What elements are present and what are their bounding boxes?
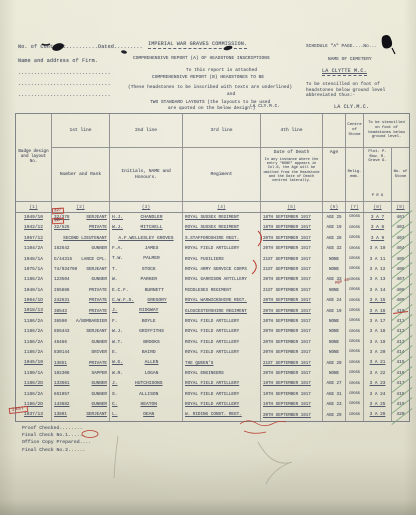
header-plot-label: Plot. P. Row. R. Grave G.: [364, 150, 391, 164]
soldier-name: E.BAIRD: [110, 348, 183, 358]
number-rank: 36590A/BOMBARDIER: [52, 317, 110, 327]
plot-row-grave: 3 A 12: [364, 265, 392, 275]
cell-text: 405: [397, 258, 405, 262]
cell-text: SERJEANT: [86, 413, 107, 417]
religious-emblem: CROSS: [346, 379, 364, 389]
underline-note: (These headstones to be inscribed with t…: [128, 85, 292, 90]
cell-text: 406: [397, 268, 405, 272]
date-of-death: 21ST SEPTEMBER 1917: [261, 286, 323, 296]
soldier-name: T.W.PALMER: [110, 255, 183, 265]
stone-no: 402: [392, 223, 409, 233]
age: AGE 19: [323, 307, 346, 317]
date-of-death: 19TH SEPTEMBER 1917: [261, 400, 323, 410]
date-of-death: 20TH SEPTEMBER 1917: [261, 317, 323, 327]
stone-no: 411: [392, 317, 409, 327]
cell-text: BAIRD: [118, 351, 180, 356]
header-date-of-death: Date of Death In any instance where the …: [261, 148, 323, 202]
cell-text: GRIFFITHS: [123, 330, 180, 335]
cell-text: DRIVER: [92, 351, 107, 355]
table-rows: 1049/1032/378SERJEANT32/H.J.CHANDLERROYA…: [16, 213, 409, 421]
cell-text: 417: [397, 382, 405, 386]
cell-text: MITCHELL: [123, 226, 180, 231]
number-rank: 242631PRIVATE: [52, 296, 110, 306]
religious-emblem: CROSS: [346, 400, 364, 410]
table-row: 1186/2A123504GUNNERW.PARKERROYAL GARRISO…: [16, 275, 409, 285]
col-number: (1): [16, 202, 52, 212]
age: NONE: [323, 348, 346, 358]
number-rank: T4/034790SERJEANT: [52, 265, 110, 275]
date-of-death: 20TH SEPTEMBER 1917: [261, 410, 323, 420]
soldier-name: T.STOCK: [110, 265, 183, 275]
soldier-name: W.PARKER: [110, 275, 183, 285]
pencil-line: [114, 436, 118, 478]
cell-text: HEATON: [118, 403, 180, 408]
col-number: (8): [364, 202, 392, 212]
cell-text: 415: [397, 361, 405, 365]
stone-no: 416: [392, 369, 409, 379]
table-row: 1040/1A265886PRIVATEE.C.F.BURNETTMIDDLES…: [16, 286, 409, 296]
cell-text: 830144: [54, 351, 69, 355]
red-correction: 32/: [52, 208, 64, 215]
table-row: 1186/2D133661GUNNERJ.HUTCHISONSROYAL FIE…: [16, 379, 409, 389]
table-row: 1104/2A162642GUNNERF.A.JAMESROYAL FIELD …: [16, 244, 409, 254]
plot-row-grave: 3 A 24: [364, 390, 392, 400]
firm-label: Name and address of Firm.: [18, 58, 98, 64]
cell-text: CHANDLER: [123, 216, 180, 221]
header-line3: 3rd line: [183, 114, 261, 148]
cell-text: BOYLE: [118, 320, 180, 325]
regiment: ROYAL FIELD ARTILLERY: [183, 390, 261, 400]
cell-text: C.W.F.S.: [112, 299, 134, 304]
cell-text: 123504: [54, 278, 69, 282]
cell-text: 46466: [54, 341, 67, 345]
cell-text: W.G.: [112, 361, 123, 366]
cell-text: 419: [397, 403, 405, 407]
plot-row-grave: 3 A 7: [364, 213, 392, 223]
cell-text: ALLISON: [118, 393, 180, 398]
header-initials: Initials, NAME and Honours.: [110, 148, 183, 202]
table-row: 1186/2A651057GUNNERS.ALLISONROYAL FIELD …: [16, 390, 409, 400]
document-page: No. of Contract..........Dated......... …: [0, 0, 416, 515]
table-row: 1186/2A36590A/BOMBARDIERF.BOYLEROYAL FIE…: [16, 317, 409, 327]
soldier-name: C.HEATON: [110, 400, 183, 410]
age: AGE 28: [323, 234, 346, 244]
table-row: 1186/2D143882GUNNERC.HEATONROYAL FIELD A…: [16, 400, 409, 410]
table-row: 1186/2A46466GUNNERW.T.BROOKSROYAL FIELD …: [16, 338, 409, 348]
religious-emblem: CROSS: [346, 338, 364, 348]
soldier-name: F.BOYLE: [110, 317, 183, 327]
badge-no: 1186/2A: [16, 338, 52, 348]
badge-no: 1104/2A: [16, 244, 52, 254]
regiment: S.STAFFORDSHIRE REGT.: [183, 234, 261, 244]
cell-text: A.F.WELLESLEY GROVES: [112, 237, 180, 242]
footer-line: Final Check No.1......: [22, 432, 91, 439]
firm-dots-2: .............................: [18, 81, 111, 87]
plot-row-grave: 3 A 11: [364, 255, 392, 265]
plot-row-grave: 3 A 14: [364, 286, 392, 296]
header-prg-label: P R G: [372, 194, 383, 199]
religious-emblem: CROSS: [346, 213, 364, 223]
cell-text: SECOND LIEUTENANT: [63, 237, 107, 241]
cell-text: 401: [397, 216, 405, 220]
cell-text: 133661: [54, 382, 69, 386]
cell-text: 13801: [54, 413, 67, 417]
cell-text: GUNNER: [92, 341, 107, 345]
badge-no: 1186/2A: [16, 317, 52, 327]
cell-text: 408: [397, 289, 405, 293]
number-rank: 830144DRIVER: [52, 348, 110, 358]
age: AGE 20: [323, 358, 346, 368]
badge-no: 1190/1A: [16, 369, 52, 379]
header-stone-no: No. of Stone: [392, 148, 409, 202]
soldier-name: C.W.F.S.GREGORY: [110, 296, 183, 306]
soldier-name: E.C.F.BURNETT: [110, 286, 183, 296]
col-number: (4): [183, 202, 261, 212]
cell-text: LOGAN: [123, 372, 180, 377]
religious-emblem: CROSS: [346, 358, 364, 368]
cell-text: SERJEANT: [86, 330, 107, 334]
cell-text: W.J.: [112, 226, 123, 231]
stone-no: 401: [392, 213, 409, 223]
badge-no: 1018/13: [16, 307, 52, 317]
number-rank: 38543PRIVATE: [52, 307, 110, 317]
header-age: Age: [323, 148, 346, 202]
cell-text: RIDGWAY: [118, 309, 180, 314]
attached-line: To this report is attached: [186, 68, 257, 73]
age: AGE 25: [323, 213, 346, 223]
badge-no: 1186/2A: [16, 390, 52, 400]
cell-text: GUNNER: [92, 403, 107, 407]
footer-line: Proof Checked........: [22, 425, 91, 432]
plot-row-grave: 3 A 9: [364, 234, 392, 244]
table-row: 1045/1013851PRIVATEW.G.ALLENTHE QUEEN'S2…: [16, 358, 409, 368]
stone-no: 409: [392, 296, 409, 306]
number-rank: 162642GUNNER: [52, 244, 110, 254]
cell-text: GREGORY: [134, 299, 180, 304]
date-of-death: 21ST SEPTEMBER 1917: [261, 358, 323, 368]
date-of-death: 20TH SEPTEMBER 1917: [261, 327, 323, 337]
age: NONE: [323, 265, 346, 275]
footer-check-lines: Proof Checked........Final Check No.1...…: [22, 425, 91, 454]
date-of-death: 21ST SEPTEMBER 1917: [261, 265, 323, 275]
table-row: 1186/2A855443SERJEANTW.J.GRIFFITHSROYAL …: [16, 327, 409, 337]
regiment: ROYAL WARWICKSHIRE REGT.: [183, 296, 261, 306]
cell-text: 403: [397, 237, 405, 241]
number-rank: 651057GUNNER: [52, 390, 110, 400]
regiment: ROYAL ARMY SERVICE CORPS: [183, 265, 261, 275]
header-empty: [323, 114, 346, 148]
cell-text: W.T.: [112, 341, 123, 346]
age: AGE 29: [323, 410, 346, 420]
cell-text: PARKER: [118, 278, 180, 283]
date-of-death: 20TH SEPTEMBER 1917: [261, 275, 323, 285]
regiment: GLOUCESTERSHIRE REGIMENT: [183, 307, 261, 317]
cemetery-abbr: LA CLY.M.C.: [334, 104, 369, 110]
soldier-name: S.ALLISON: [110, 390, 183, 400]
col-number: (6): [323, 202, 346, 212]
number-rank: 133661GUNNER: [52, 379, 110, 389]
col-number: (3): [110, 202, 183, 212]
cell-text: LANCE CPL.: [81, 258, 107, 262]
badge-no: 1045/10: [16, 358, 52, 368]
header-line1: 1st line: [52, 114, 110, 148]
soldier-name: W.J.MITCHELL: [110, 223, 183, 233]
number-rank: 123504GUNNER: [52, 275, 110, 285]
cell-text: 412: [397, 330, 405, 334]
cell-text: GUNNER: [92, 247, 107, 251]
table-row: 1190/1A102306SAPPERW.R.LOGANROYAL ENGINE…: [16, 369, 409, 379]
badge-no: 1186/2D: [16, 379, 52, 389]
cell-text: PALMER: [123, 257, 180, 262]
badge-no: 1042/12: [16, 223, 52, 233]
cemetery-label: NAME OF CEMETERY: [328, 57, 372, 62]
stencil-note: To be stencilled on foot of headstones b…: [306, 82, 408, 99]
plot-row-grave: 3 A 26: [364, 410, 392, 420]
cell-text: DEAN: [118, 413, 180, 418]
stone-no: 419: [392, 400, 409, 410]
header-line4: 4th line: [261, 114, 323, 148]
soldier-name: W.G.ALLEN: [110, 358, 183, 368]
stone-no: 420: [392, 410, 409, 420]
number-rank: 32/525PRIVATE32/: [52, 223, 110, 233]
stone-no: 408: [392, 286, 409, 296]
red-handwriting: [240, 421, 286, 434]
soldier-name: W.R.LOGAN: [110, 369, 183, 379]
cell-text: 414: [397, 351, 405, 355]
age: AGE 19: [323, 223, 346, 233]
col-number: (9): [392, 202, 409, 212]
age: AGE 31: [323, 390, 346, 400]
cell-text: PRIVATE: [89, 299, 107, 303]
cell-text: 143882: [54, 403, 69, 407]
regiment: THE QUEEN'S: [183, 358, 261, 368]
regiment: ROYAL FIELD ARTILLERY: [183, 244, 261, 254]
cell-text: SAPPER: [92, 372, 107, 376]
cell-text: 855443: [54, 330, 69, 334]
red-stamp: INST: [9, 406, 28, 415]
cell-text: BROOKS: [123, 341, 180, 346]
cell-text: PRIVATE: [89, 226, 107, 230]
regiment: ROYAL FIELD ARTILLERY: [183, 338, 261, 348]
number-rank: 13851PRIVATE: [52, 358, 110, 368]
column-numbers: (1)(2)(3)(4)(5)(6)(7)(8)(9): [16, 202, 409, 213]
col-number: (5): [261, 202, 323, 212]
date-of-death: 19TH SEPTEMBER 1917: [261, 390, 323, 400]
cemetery-name: LA CLYTTE M.C.: [322, 68, 367, 76]
layouts-line-2: are quoted on the below design.): [168, 106, 256, 111]
regiment: ROYAL FIELD ARTILLERY: [183, 379, 261, 389]
cell-text: 242631: [54, 299, 69, 303]
regiment: MIDDLESEX REGIMENT: [183, 286, 261, 296]
stone-no: 407: [392, 275, 409, 285]
regiment: ROYAL SUSSEX REGIMENT: [183, 223, 261, 233]
cell-text: JAMES: [123, 247, 180, 252]
cell-text: 32/525: [54, 226, 69, 230]
cell-text: GUNNER: [92, 278, 107, 282]
header-number-rank: Number and Rank: [52, 148, 110, 202]
col-number: (7): [346, 202, 364, 212]
regiment: ROYAL FIELD ARTILLERY: [183, 327, 261, 337]
regiment: ROYAL FIELD ARTILLERY: [183, 348, 261, 358]
cell-text: A/BOMBARDIER: [76, 320, 107, 324]
header-dod-note: In any instance where the entry "NONE" a…: [261, 158, 322, 184]
badge-no: 1186/2A: [16, 275, 52, 285]
cell-text: 265886: [54, 289, 69, 293]
age: NONE: [323, 317, 346, 327]
cell-text: SERJEANT: [86, 268, 107, 272]
badge-no: 1064/1D: [16, 296, 52, 306]
plot-row-grave: 3 A 17: [364, 317, 392, 327]
date-of-death: 20TH SEPTEMBER 1917: [261, 296, 323, 306]
age: NONE: [323, 255, 346, 265]
cell-text: 410: [397, 310, 405, 314]
schedule-table: Badge design and layout No. 1st line 2nd…: [15, 113, 410, 422]
age: NONE: [323, 369, 346, 379]
number-rank: 13801SERJEANT: [52, 410, 110, 420]
report-a-line: COMPREHENSIVE REPORT (A) OF HEADSTONE IN…: [133, 56, 270, 61]
ink-blob-top-right: [382, 35, 392, 49]
badge-no: 1040/1A: [16, 286, 52, 296]
regiment: ROYAL FIELD ARTILLERY: [183, 317, 261, 327]
age: NONEAge 40: [323, 286, 346, 296]
cell-text: E.C.F.: [112, 289, 129, 294]
plot-row-grave: 3 A 10: [364, 244, 392, 254]
stone-no: 406: [392, 265, 409, 275]
cell-text: PRIVATE: [89, 310, 107, 314]
table-row: 1048/1AG/44315LANCE CPL.T.W.PALMERROYAL …: [16, 255, 409, 265]
badge-no: 1037/13INST: [16, 410, 52, 420]
soldier-name: H.J.CHANDLER: [110, 213, 183, 223]
stone-no: 418: [392, 390, 409, 400]
cell-text: G/44315: [54, 258, 72, 262]
firm-dots-3: .............................: [18, 92, 111, 98]
religious-emblem: CROSS: [346, 255, 364, 265]
contract-line: No. of Contract..........Dated.........: [18, 44, 143, 50]
stone-no: 414: [392, 348, 409, 358]
cell-text: 38543: [54, 310, 67, 314]
footer-line: Final Check No.2......: [22, 447, 91, 454]
stone-no: 410: [392, 307, 409, 317]
ink-blob-small: [121, 50, 128, 54]
table-row: 1057/12SECOND LIEUTENANTA.F.WELLESLEY GR…: [16, 234, 409, 244]
header-badge: Badge design and layout No.: [16, 114, 52, 202]
pencil-squiggle: [258, 442, 292, 484]
cell-text: ALLEN: [123, 361, 180, 366]
age: AGE 32: [323, 244, 346, 254]
date-of-death: 20TH SEPTEMBER 1917: [261, 348, 323, 358]
number-rank: SECOND LIEUTENANT: [52, 234, 110, 244]
cell-text: T4/034790: [54, 268, 77, 272]
date-of-death: 20TH SEPTEMBER 1917: [261, 338, 323, 348]
religious-emblem: CROSS: [346, 390, 364, 400]
cell-text: 418: [397, 393, 405, 397]
cell-text: 13851: [54, 362, 67, 366]
age: NONE: [323, 327, 346, 337]
age: AGE 27: [323, 379, 346, 389]
and-word: and: [227, 92, 235, 97]
number-rank: 143882GUNNER: [52, 400, 110, 410]
cell-text: H.J.: [112, 216, 123, 221]
table-row: 1186/2A830144DRIVERE.BAIRDROYAL FIELD AR…: [16, 348, 409, 358]
cell-text: W.R.: [112, 372, 123, 377]
regiment: ROYAL ENGINEERS: [183, 369, 261, 379]
religious-emblem: CROSS: [346, 296, 364, 306]
badge-no: 1186/2A: [16, 327, 52, 337]
soldier-name: J.RIDGWAY: [110, 307, 183, 317]
badge-no: 1057/12: [16, 234, 52, 244]
soldier-name: A.F.WELLESLEY GROVES: [110, 234, 183, 244]
cell-text: 416: [397, 372, 405, 376]
religious-emblem: CROSS: [346, 307, 364, 317]
plot-row-grave: 3 A 19: [364, 338, 392, 348]
soldier-name: W.T.BROOKS: [110, 338, 183, 348]
number-rank: G/44315LANCE CPL.: [52, 255, 110, 265]
table-row: 1064/1D242631PRIVATEC.W.F.S.GREGORYROYAL…: [16, 296, 409, 306]
header-religious-emblem: Relig. emb.: [346, 148, 364, 202]
age: AGE 23: [323, 400, 346, 410]
cell-text: W.J.: [112, 330, 123, 335]
cell-text: 36590: [54, 320, 67, 324]
stone-no: 403: [392, 234, 409, 244]
badge-no: 1048/1A: [16, 255, 52, 265]
date-of-death: 18TH SEPTEMBER 1917: [261, 223, 323, 233]
regiment: W. RIDING CONST. REGT.: [183, 410, 261, 420]
number-rank: 855443SERJEANT: [52, 327, 110, 337]
cell-text: 409: [397, 299, 405, 303]
plot-row-grave: 3 A 22: [364, 369, 392, 379]
cell-text: 651057: [54, 393, 69, 397]
cell-text: PRIVATE: [89, 362, 107, 366]
plot-row-grave: 3 A 21: [364, 358, 392, 368]
regiment: ROYAL SUSSEX REGIMENT: [183, 213, 261, 223]
number-rank: 46466GUNNER: [52, 338, 110, 348]
table-header: Badge design and layout No. 1st line 2nd…: [16, 114, 409, 202]
cell-text: 402: [397, 226, 405, 230]
badge-no: 1049/10: [16, 213, 52, 223]
cell-text: 413: [397, 341, 405, 345]
religious-emblem: CROSS: [346, 369, 364, 379]
red-correction: 32/: [52, 218, 64, 225]
table-row: 1075/1AT4/034790SERJEANTT.STOCKROYAL ARM…: [16, 265, 409, 275]
date-of-death: 20TH SEPTEMBER 1917: [261, 244, 323, 254]
plot-row-grave: 3 A 16: [364, 307, 392, 317]
soldier-name: J.HUTCHISONS: [110, 379, 183, 389]
age: NONE: [323, 338, 346, 348]
plot-row-grave: 3 A 18: [364, 327, 392, 337]
date-of-death: 19TH SEPTEMBER 1917: [261, 379, 323, 389]
header-stencil: To be stencilled on foot of headstones b…: [364, 114, 409, 148]
religious-emblem: CROSS: [346, 348, 364, 358]
date-of-death: 20TH SEPTEMBER 1917: [261, 307, 323, 317]
firm-dots-1: .............................: [18, 70, 111, 76]
date-of-death: 20TH SEPTEMBER 1917: [261, 369, 323, 379]
footer-line: Office Copy Prepared....: [22, 439, 91, 446]
stone-no: 412: [392, 327, 409, 337]
plot-row-grave: 3 A 8: [364, 223, 392, 233]
stone-no: 413: [392, 338, 409, 348]
stone-no: 405: [392, 255, 409, 265]
header-line2: 2nd line: [110, 114, 183, 148]
schedule-page: SCHEDULE "A" PAGE....No...: [306, 44, 377, 49]
date-of-death: 18TH SEPTEMBER 1917: [261, 213, 323, 223]
cell-text: T.W.: [112, 257, 123, 262]
stone-no: 417: [392, 379, 409, 389]
cell-text: 411: [397, 320, 405, 324]
plot-row-grave: 3 A 25: [364, 400, 392, 410]
cell-text: BURNETT: [129, 289, 180, 294]
religious-emblem: CROSS: [346, 244, 364, 254]
date-of-death: 20TH SEPTEMBER 1917: [261, 234, 323, 244]
